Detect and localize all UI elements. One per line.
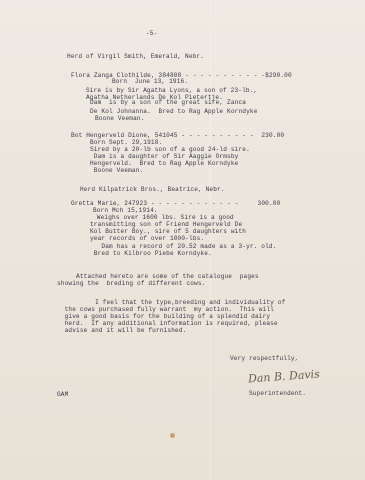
cow2-line: Dam is a daughter of Sir Aaggie Ormsby bbox=[90, 153, 238, 160]
paper-stain bbox=[170, 433, 175, 438]
cow1-line: Boone Veeman. bbox=[95, 115, 145, 122]
cow3-name-line: Gretta Marie, 247923 - - - - - - - - - -… bbox=[71, 200, 280, 207]
cow3-line: Born Mch 15,1914. bbox=[93, 207, 158, 214]
cow3-line: Bred to Kilbroo Piebe Korndyke. bbox=[90, 250, 212, 257]
paragraph-line: the cows purchased fully warrant my acti… bbox=[57, 306, 274, 313]
paragraph-line: give a good basis for the building of a … bbox=[57, 313, 270, 320]
cow2-line: Born Sept. 29,1918. bbox=[90, 139, 162, 146]
cow3-line: year records of over 1000-lbs. bbox=[90, 235, 204, 242]
cow2-name-line: Bot Hengerveld Dione, 541045 - - - - - -… bbox=[71, 132, 284, 139]
herd2-heading: Herd Kilpatrick Bros., Beatrice, Nebr. bbox=[80, 186, 225, 193]
cow2-line: Boone Veeman. bbox=[90, 167, 143, 174]
cow3-line: transmitting son of Friend Hengerveld De bbox=[90, 221, 242, 228]
paragraph-line: Attached hereto are some of the catalogu… bbox=[57, 273, 259, 280]
paragraph-line: showing the breding of different cows. bbox=[57, 280, 205, 287]
page-number: -5- bbox=[146, 30, 157, 37]
paragraph-line: herd. If any additional information is r… bbox=[57, 320, 278, 327]
cow3-line: Dam has a record of 20.52 made as a 3-yr… bbox=[90, 243, 277, 250]
document-page: -5- Herd of Virgil Smith, Emerald, Nebr.… bbox=[0, 0, 365, 480]
cow2-line: Sired by a 20-lb son of a good 24-ld sir… bbox=[90, 146, 250, 153]
cow1-line: Sire is by Sir Agatha Lyons, a son of 23… bbox=[86, 87, 257, 94]
cow1-line: De Kol Johnanna. Bred to Rag Apple Kornd… bbox=[90, 108, 258, 115]
cow1-line: Dam is by a son of the great sire, Zanca bbox=[90, 99, 246, 106]
cow1-line: Born June 13, 1916. bbox=[112, 78, 188, 85]
paragraph-line: I feel that the type,breeding and indivi… bbox=[57, 299, 285, 306]
herd1-heading: Herd of Virgil Smith, Emerald, Nebr. bbox=[67, 53, 204, 60]
typist-initials: GAM bbox=[57, 391, 68, 398]
cow2-line: Hengerveld. Bred to Rag Apple Korndyke bbox=[90, 160, 238, 167]
closing: Very respectfully, bbox=[230, 355, 299, 362]
signature: Dan B. Davis bbox=[248, 368, 321, 386]
paragraph-line: advise and it will be furnished. bbox=[57, 327, 186, 334]
cow3-line: Weighs over 1600 lbs. Sire is a good bbox=[93, 214, 234, 221]
cow3-line: Kol Butter Boy., sire of 5 daughters wit… bbox=[90, 228, 246, 235]
signer-title: Superintendent. bbox=[249, 390, 306, 397]
